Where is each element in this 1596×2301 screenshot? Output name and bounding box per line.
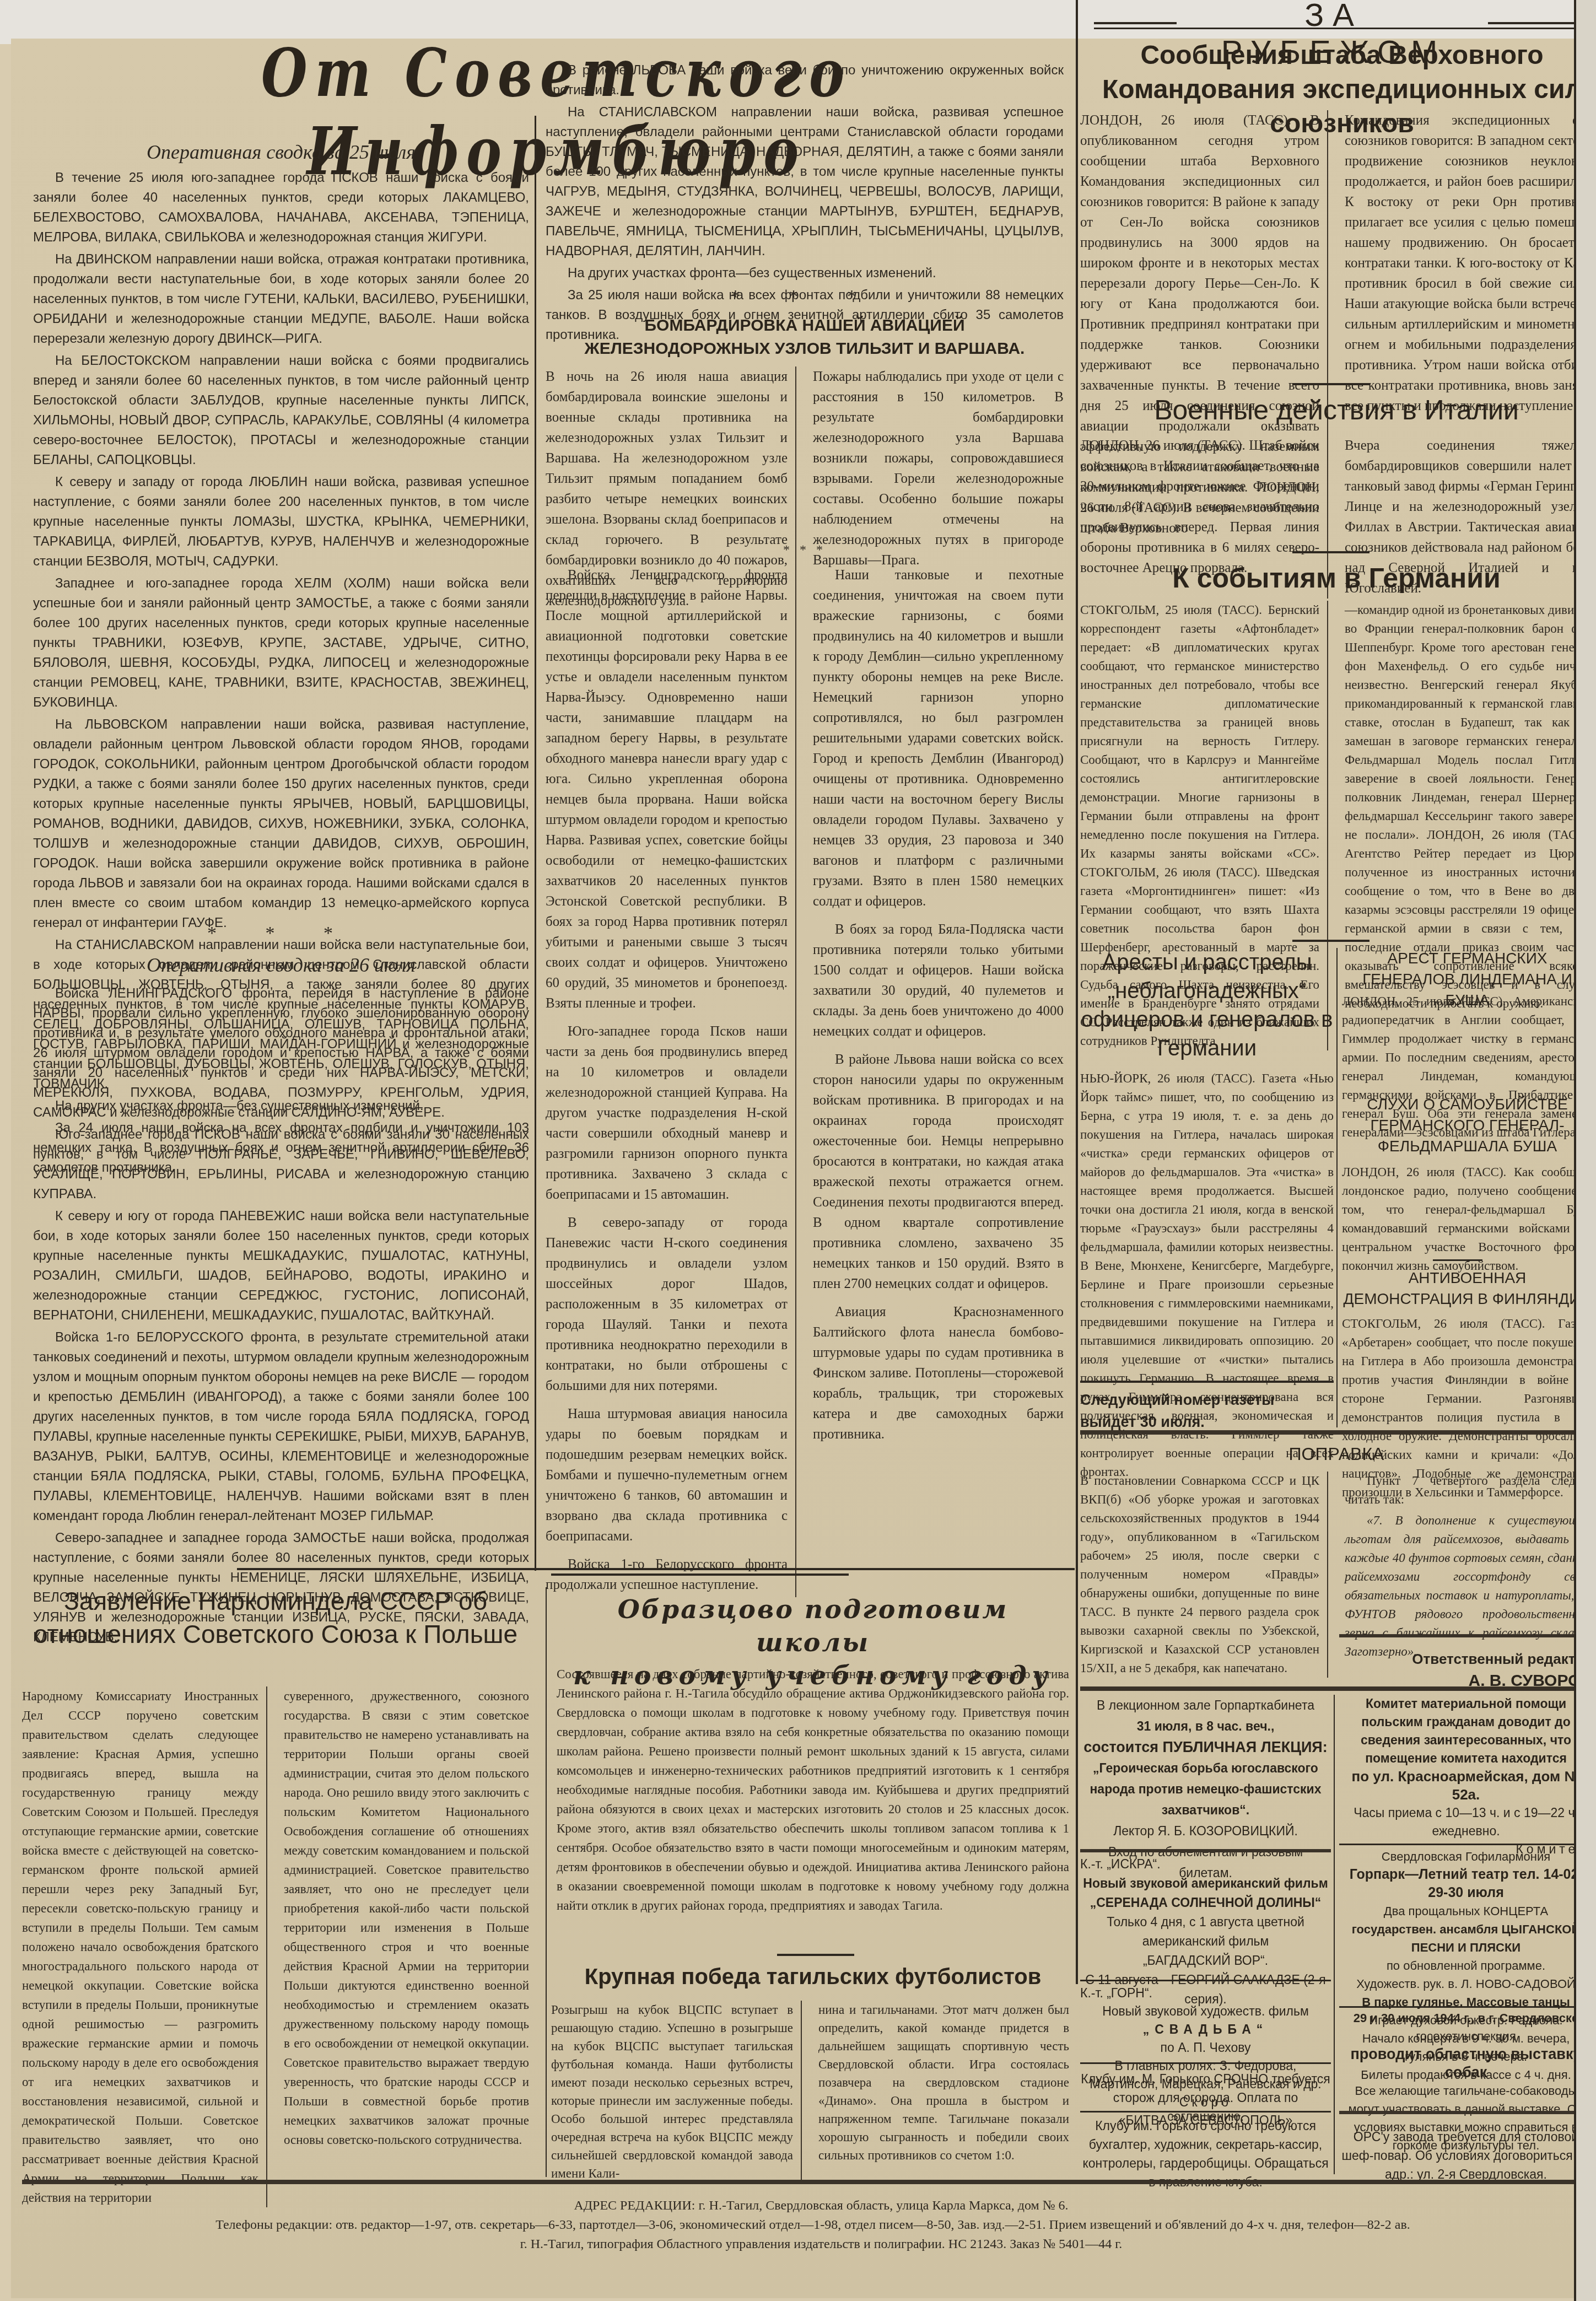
ad-rule (1080, 1849, 1331, 1852)
ad-line: по обновленной программе. (1339, 1957, 1593, 1975)
ad-line: Художеств. рук. в. Л. НОВО-САДОВОЙ (1339, 1975, 1593, 1993)
ad-line: проводит областную выставку собак (1339, 2045, 1593, 2082)
paragraph: Юго-западнее города Псков наши части за … (546, 1021, 788, 1205)
narva-article: Войска Ленинградского фронта перешли в н… (546, 565, 1064, 1597)
adjacent-page-edge (1574, 0, 1596, 2301)
section-rule (1080, 1686, 1593, 1691)
paragraph: В северо-западу от города Паневежис част… (546, 1213, 788, 1396)
next-issue-notice: Следующий номер газеты выйдет 30 июля. (1080, 1389, 1334, 1433)
ad-rule (1080, 1980, 1331, 1981)
column-divider (546, 1587, 547, 2177)
football-headline: Крупная победа тагильских футболистов (557, 1965, 1069, 1990)
football-left-col: Розыгрыш на кубок ВЦСПС вступает в решаю… (551, 2001, 802, 2183)
footer-phones: Телефоны редакции: отв. редактор—1-97, о… (110, 2216, 1516, 2234)
ad-line: Два прощальных КОНЦЕРТА (1339, 1902, 1593, 1920)
banner-rule (1094, 28, 1596, 29)
poland-right-col: суверенного, дружественного, союзного го… (284, 1686, 529, 2207)
suicide-headline: СЛУХИ О САМОУБИЙСТВЕ ГЕРМАНСКОГО ГЕНЕРАЛ… (1342, 1094, 1593, 1157)
ad-rule (1339, 2006, 1593, 2008)
svodka-26-title: Оперативная сводка за 26 июля (33, 953, 529, 977)
paragraph: В районе Львова наши войска со всех стор… (813, 1049, 1064, 1294)
polish-committee-ad: Комитет материальной помощи польским гра… (1339, 1695, 1593, 1858)
ad-line: Только 4 дня, с 1 августа цветной америк… (1080, 1912, 1331, 1951)
paragraph: На ДВИНСКОМ направлении наши войска, отр… (33, 250, 529, 349)
ad-line: „СЕРЕНАДА СОЛНЕЧНОЙ ДОЛИНЫ“ (1080, 1893, 1331, 1912)
football-article: Розыгрыш на кубок ВЦСПС вступает в решаю… (551, 2001, 1069, 2183)
section-rule (1292, 940, 1369, 942)
correction-article: В постановлении Совнаркома СССР и ЦК ВКП… (1080, 1472, 1593, 1678)
ad-line: 31 июля, в 8 час. веч., (1080, 1716, 1331, 1737)
correction-left-col: В постановлении Совнаркома СССР и ЦК ВКП… (1080, 1472, 1328, 1678)
ad-line: Свердловская Гофилармония (1339, 1847, 1593, 1866)
paragraph: Западнее и юго-западнее города ХЕЛМ (ХОЛ… (33, 574, 529, 713)
ad-line: по А. П. Чехову (1080, 2039, 1331, 2057)
section-rule (551, 1573, 849, 1576)
separator-stars: * * * (33, 923, 529, 944)
ad-line: Новый звуковой американский фильм (1080, 1874, 1331, 1893)
ad-line: „СВАДЬБА“ (1080, 2020, 1331, 2039)
ad-line: госохотинспекция (1339, 2027, 1593, 2045)
paragraph: К северу и западу от города ЛЮБЛИН наши … (33, 472, 529, 572)
ad-line: Комитет материальной помощи польским гра… (1339, 1695, 1593, 1767)
schools-body: Состоявшееся на днях собрание партийно-х… (557, 1664, 1069, 1915)
section-rule (777, 1954, 854, 1956)
paragraph: Войска 1-го БЕЛОРУССКОГО фронта, в резул… (33, 1328, 529, 1526)
paragraph: На СТАНИСЛАВСКОМ направлении наши войска… (546, 103, 1064, 261)
editor-label: Ответственный редактор (1339, 1648, 1593, 1670)
paragraph: В боях за город Бяла-Подляска части прот… (813, 919, 1064, 1042)
footer-rule (22, 2180, 1593, 2184)
paragraph: На ЛЬВОВСКОМ направлении наши войска, ра… (33, 715, 529, 933)
bombing-headline: БОМБАРДИРОВКА НАШЕЙ АВИАЦИЕЙ ЖЕЛЕЗНОДОРО… (573, 314, 1036, 360)
paragraph: В течение 25 июля юго-западнее города ПС… (33, 168, 529, 247)
paragraph: К северу и югу от города ПАНЕВЕЖИС наши … (33, 1206, 529, 1325)
section-rule (1292, 551, 1369, 553)
section-rule (1339, 1634, 1593, 1637)
paragraph: Авиация Краснознаменного Балтийского фло… (813, 1302, 1064, 1445)
svodka-25-title: Оперативная сводка за 25 июля (33, 141, 529, 164)
column-divider (1334, 1695, 1335, 2174)
svodka-26-body: Войска ЛЕНИНГРАДСКОГО фронта, перейдя в … (33, 984, 529, 1650)
footer-printer: г. Н.-Тагил, типография Областного управ… (132, 2235, 1510, 2254)
ad-rule (1339, 1844, 1593, 1845)
narva-right-col: Наши танковые и пехотные соединения, уни… (813, 565, 1064, 1597)
separator-stars: * * * (546, 543, 1064, 558)
correction-headline: ПОПРАВКА (1080, 1444, 1593, 1464)
ad-line: В лекционном зале Горпарткабинета (1080, 1695, 1331, 1716)
correction-right-col: Пункт 7 четвертого раздела следует читат… (1345, 1472, 1593, 1678)
paragraph: Войска Ленинградского фронта перешли в н… (546, 565, 788, 1014)
suicide-body: ЛОНДОН, 26 июля (ТАСС). Как сообщает лон… (1342, 1163, 1593, 1275)
ad-line: Лектор Я. Б. КОЗОРОВИЦКИЙ. (1080, 1820, 1331, 1841)
paragraph: Войска ЛЕНИНГРАДСКОГО фронта, перейдя в … (33, 984, 529, 1123)
section-rule (1080, 1430, 1593, 1435)
ad-rule (1080, 2062, 1331, 2064)
paragraph: Наши танковые и пехотные соединения, уни… (813, 565, 1064, 912)
ad-line: состоится ПУБЛИЧНАЯ ЛЕКЦИЯ: (1080, 1737, 1331, 1758)
section-rule (1292, 383, 1369, 385)
section-rule (1433, 1259, 1482, 1261)
paragraph: «7. В дополнение к существующим льготам … (1345, 1511, 1593, 1661)
ad-line: „Героическая борьба югославского народа … (1080, 1758, 1331, 1820)
section-rule (1080, 1381, 1334, 1383)
paragraph: В районе ЛЬВОВА наши войска вели бои по … (546, 61, 1064, 100)
poland-article: Народному Комиссариату Иностранных Дел С… (22, 1686, 529, 2207)
italy-headline: Военные действия в Италии (1080, 394, 1593, 426)
ad-line: Горпарк—Летний театр тел. 14-02. 29-30 и… (1339, 1866, 1593, 1902)
ad-line: государствен. ансамбля ЦЫГАНСКОЙ ПЕСНИ И… (1339, 1920, 1593, 1957)
arrests-headline: Аресты и расстрелы „неблагонадежных“ офи… (1080, 948, 1334, 1063)
column-divider (535, 116, 536, 1571)
headline-line: Образцово подготовим школы (557, 1593, 1069, 1659)
separator-stars: * * * (546, 287, 1064, 308)
editor-block: Ответственный редактор А. В. СУВОРОВ (1339, 1648, 1593, 1692)
ad-line: К.-т. „ИСКРА“. (1080, 1855, 1331, 1874)
ad-line: Новый звуковой художеств. фильм (1080, 2002, 1331, 2020)
ad-rule (1080, 2111, 1331, 2113)
column-divider (1076, 0, 1078, 1984)
germany-headline: К событиям в Германии (1080, 562, 1593, 594)
ad-line: „БАГДАДСКИЙ ВОР“. (1080, 1951, 1331, 1970)
ad-line: Часы приема с 10—13 ч. и с 19—22 ч. ежед… (1339, 1804, 1593, 1840)
chef-wanted-ad: ОРС'у завода требуется для столовой шеф-… (1339, 2127, 1593, 2184)
footer-address: АДРЕС РЕДАКЦИИ: г. Н.-Тагил, Свердловска… (132, 2196, 1510, 2215)
ad-rule (1339, 2111, 1593, 2114)
paragraph: Наша штурмовая авиация наносила удары по… (546, 1404, 788, 1546)
section-rule (237, 1568, 1075, 1570)
paragraph: Пункт 7 четвертого раздела следует читат… (1345, 1472, 1593, 1509)
ad-line: 29 и 30 июля 1944 г., в г. Свердловске (1339, 2009, 1593, 2027)
ad-line: К.-т. „ГОРН“. (1080, 1984, 1331, 2002)
football-right-col: нина и тагильчанами. Этот матч должен бы… (818, 2001, 1069, 2183)
narva-left-col: Войска Ленинградского фронта перешли в н… (546, 565, 796, 1597)
poland-left-col: Народному Комиссариату Иностранных Дел С… (22, 1686, 267, 2207)
poland-headline: Заявление Наркоминдела СССР об отношения… (33, 1585, 518, 1651)
paragraph: На БЕЛОСТОКСКОМ направлении наши войска … (33, 351, 529, 470)
finland-headline: АНТИВОЕННАЯ ДЕМОНСТРАЦИЯ В ФИНЛЯНДИИ (1342, 1268, 1593, 1310)
banner-rule (1094, 22, 1177, 24)
ad-line: по ул. Красноармейская, дом № 52а. (1339, 1767, 1593, 1804)
paragraph: На других участках фронта—без существенн… (546, 263, 1064, 283)
column-divider (1336, 948, 1338, 1427)
paragraph: Юго-западнее города ПСКОВ наши войска с … (33, 1125, 529, 1204)
